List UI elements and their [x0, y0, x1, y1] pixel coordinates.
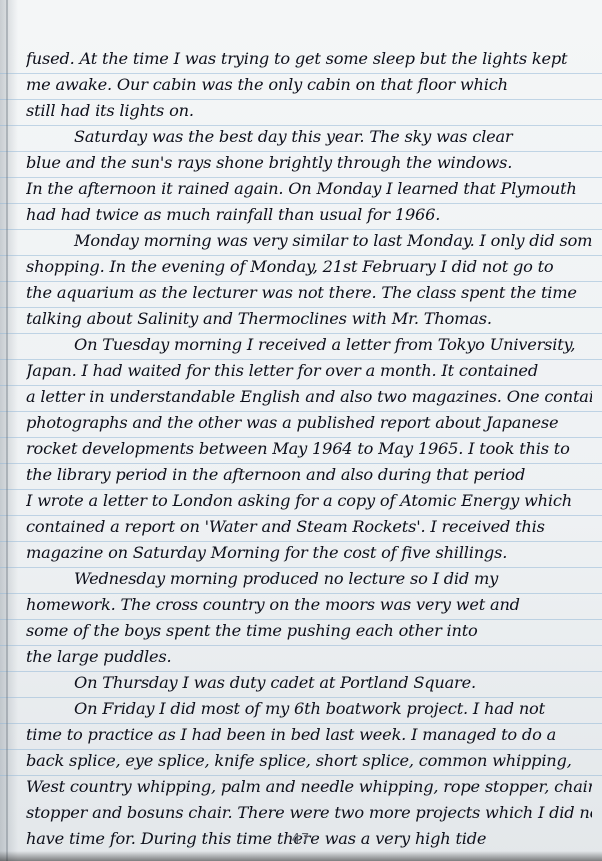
- text-line: photographs and the other was a publishe…: [26, 410, 592, 436]
- text-line: In the afternoon it rained again. On Mon…: [26, 176, 592, 202]
- text-line: blue and the sun's rays shone brightly t…: [26, 150, 592, 176]
- notebook-page: fused. At the time I was trying to get s…: [0, 0, 602, 861]
- text-line: rocket developments between May 1964 to …: [26, 436, 592, 462]
- text-line: the library period in the afternoon and …: [26, 462, 592, 488]
- text-line: the aquarium as the lecturer was not the…: [26, 280, 592, 306]
- text-line: talking about Salinity and Thermoclines …: [26, 306, 592, 332]
- text-line: I wrote a letter to London asking for a …: [26, 488, 592, 514]
- text-line: back splice, eye splice, knife splice, s…: [26, 748, 592, 774]
- text-line: Wednesday morning produced no lecture so…: [26, 566, 592, 592]
- text-line: Saturday was the best day this year. The…: [26, 124, 592, 150]
- text-line: contained a report on 'Water and Steam R…: [26, 514, 592, 540]
- text-line: time to practice as I had been in bed la…: [26, 722, 592, 748]
- text-line: Monday morning was very similar to last …: [26, 228, 592, 254]
- text-line: some of the boys spent the time pushing …: [26, 618, 592, 644]
- handwritten-text: fused. At the time I was trying to get s…: [26, 46, 592, 852]
- text-line: West country whipping, palm and needle w…: [26, 774, 592, 800]
- text-line: homework. The cross country on the moors…: [26, 592, 592, 618]
- page-number: 47: [0, 832, 602, 847]
- text-line: magazine on Saturday Morning for the cos…: [26, 540, 592, 566]
- text-line: had had twice as much rainfall than usua…: [26, 202, 592, 228]
- text-line: On Tuesday morning I received a letter f…: [26, 332, 592, 358]
- text-line: On Friday I did most of my 6th boatwork …: [26, 696, 592, 722]
- text-line: Japan. I had waited for this letter for …: [26, 358, 592, 384]
- text-line: a letter in understandable English and a…: [26, 384, 592, 410]
- text-line: me awake. Our cabin was the only cabin o…: [26, 72, 592, 98]
- text-line: fused. At the time I was trying to get s…: [26, 46, 592, 72]
- page-edge-shadow: [0, 851, 602, 861]
- text-line: shopping. In the evening of Monday, 21st…: [26, 254, 592, 280]
- text-line: the large puddles.: [26, 644, 592, 670]
- binding-edge: [6, 0, 8, 861]
- text-line: still had its lights on.: [26, 98, 592, 124]
- text-line: stopper and bosuns chair. There were two…: [26, 800, 592, 826]
- text-line: On Thursday I was duty cadet at Portland…: [26, 670, 592, 696]
